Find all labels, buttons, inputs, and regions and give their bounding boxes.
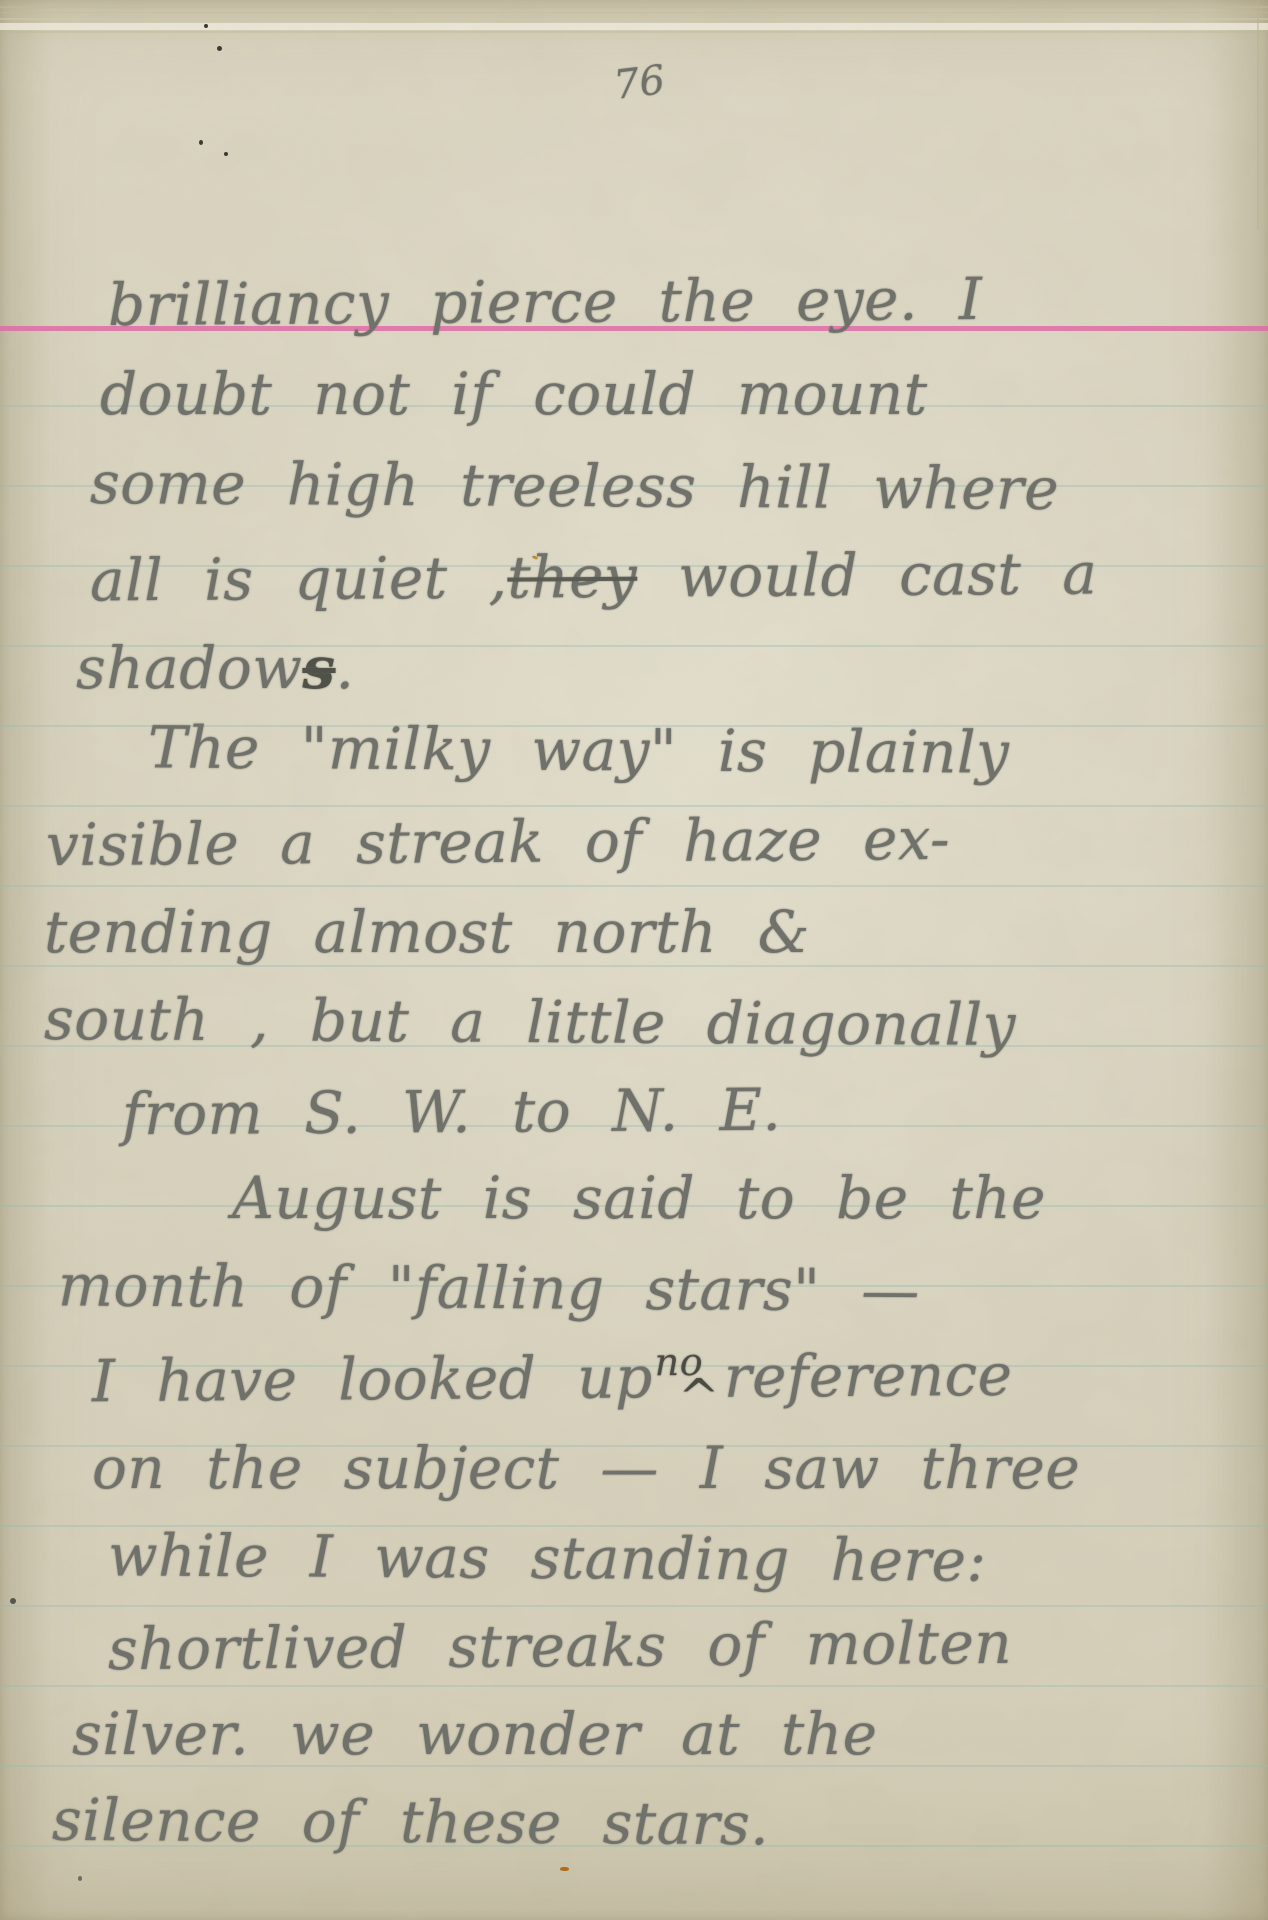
handwriting-text: tending almost north & [44,898,810,966]
handwriting-strike: they [507,543,637,612]
notebook-page: 76 brilliancy pierce the eye. Idoubt not… [0,0,1268,1920]
handwriting-text: on the subject — I saw three [92,1434,1080,1502]
pencil-dot [10,1598,16,1604]
handwritten-line: August is said to be the [232,1164,1046,1232]
handwriting-text: would cast a [637,539,1098,610]
handwriting-text: doubt not if could mount [100,360,928,428]
handwriting-text: month of "falling stars" — [58,1251,920,1324]
handwriting-text: all is quiet , [90,544,508,615]
handwriting-text: some high treeless hill where [90,449,1060,523]
handwritten-line: tending almost north & [44,898,810,966]
handwriting-text: August is said to be the [232,1164,1046,1232]
handwriting-text: silence of these stars. [52,1786,770,1858]
handwritten-line: some high treeless hill where [90,449,1060,523]
handwritten-line: shadows. [76,634,354,702]
handwriting-text: reference [724,1341,1013,1411]
handwritten-line: month of "falling stars" — [58,1251,920,1324]
handwritten-line: The "milky way" is plainly [148,713,1010,786]
paper-speck [217,46,222,51]
paper-fleck [560,1867,569,1871]
handwriting-text: visible a streak of haze ex- [46,805,951,879]
paper-speck [204,24,208,28]
handwriting-text: from S. W. to N. E. [122,1076,782,1149]
handwriting-text: The "milky way" is plainly [148,713,1010,786]
handwriting-text: . [336,634,355,702]
handwritten-line: brilliancy pierce the eye. I [108,265,983,339]
handwritten-line: doubt not if could mount [100,360,928,428]
handwriting-text: silver. we wonder at the [72,1700,877,1768]
handwritten-line: on the subject — I saw three [92,1434,1080,1502]
handwritten-line: silver. we wonder at the [72,1700,877,1768]
handwritten-line: south , but a little diagonally [44,985,1016,1059]
handwriting-scribble: s [302,634,335,702]
paper-speck [224,152,228,156]
handwriting-text: while I was standing here: [108,1521,987,1594]
handwriting-text: brilliancy pierce the eye. I [108,265,983,339]
handwriting-text: south , but a little diagonally [44,985,1016,1059]
handwritten-line: silence of these stars. [52,1786,770,1858]
handwritten-line: shortlived streaks of molten [108,1609,1013,1683]
handwritten-line: while I was standing here: [108,1521,987,1594]
handwritten-line: from S. W. to N. E. [122,1076,782,1149]
handwriting-text: shortlived streaks of molten [108,1609,1013,1683]
handwriting-text: I have looked up [92,1343,653,1415]
paper-speck [199,140,203,145]
handwriting-text: shadow [76,634,302,702]
handwriting-caret: ^ [678,1368,720,1426]
handwriting-block: brilliancy pierce the eye. Idoubt not if… [0,0,1268,1920]
pencil-dot [78,1876,82,1881]
handwritten-line: all is quiet ,they would cast a [90,539,1098,614]
handwritten-line: I have looked upno^reference [92,1341,1013,1415]
handwritten-line: visible a streak of haze ex- [46,805,951,879]
